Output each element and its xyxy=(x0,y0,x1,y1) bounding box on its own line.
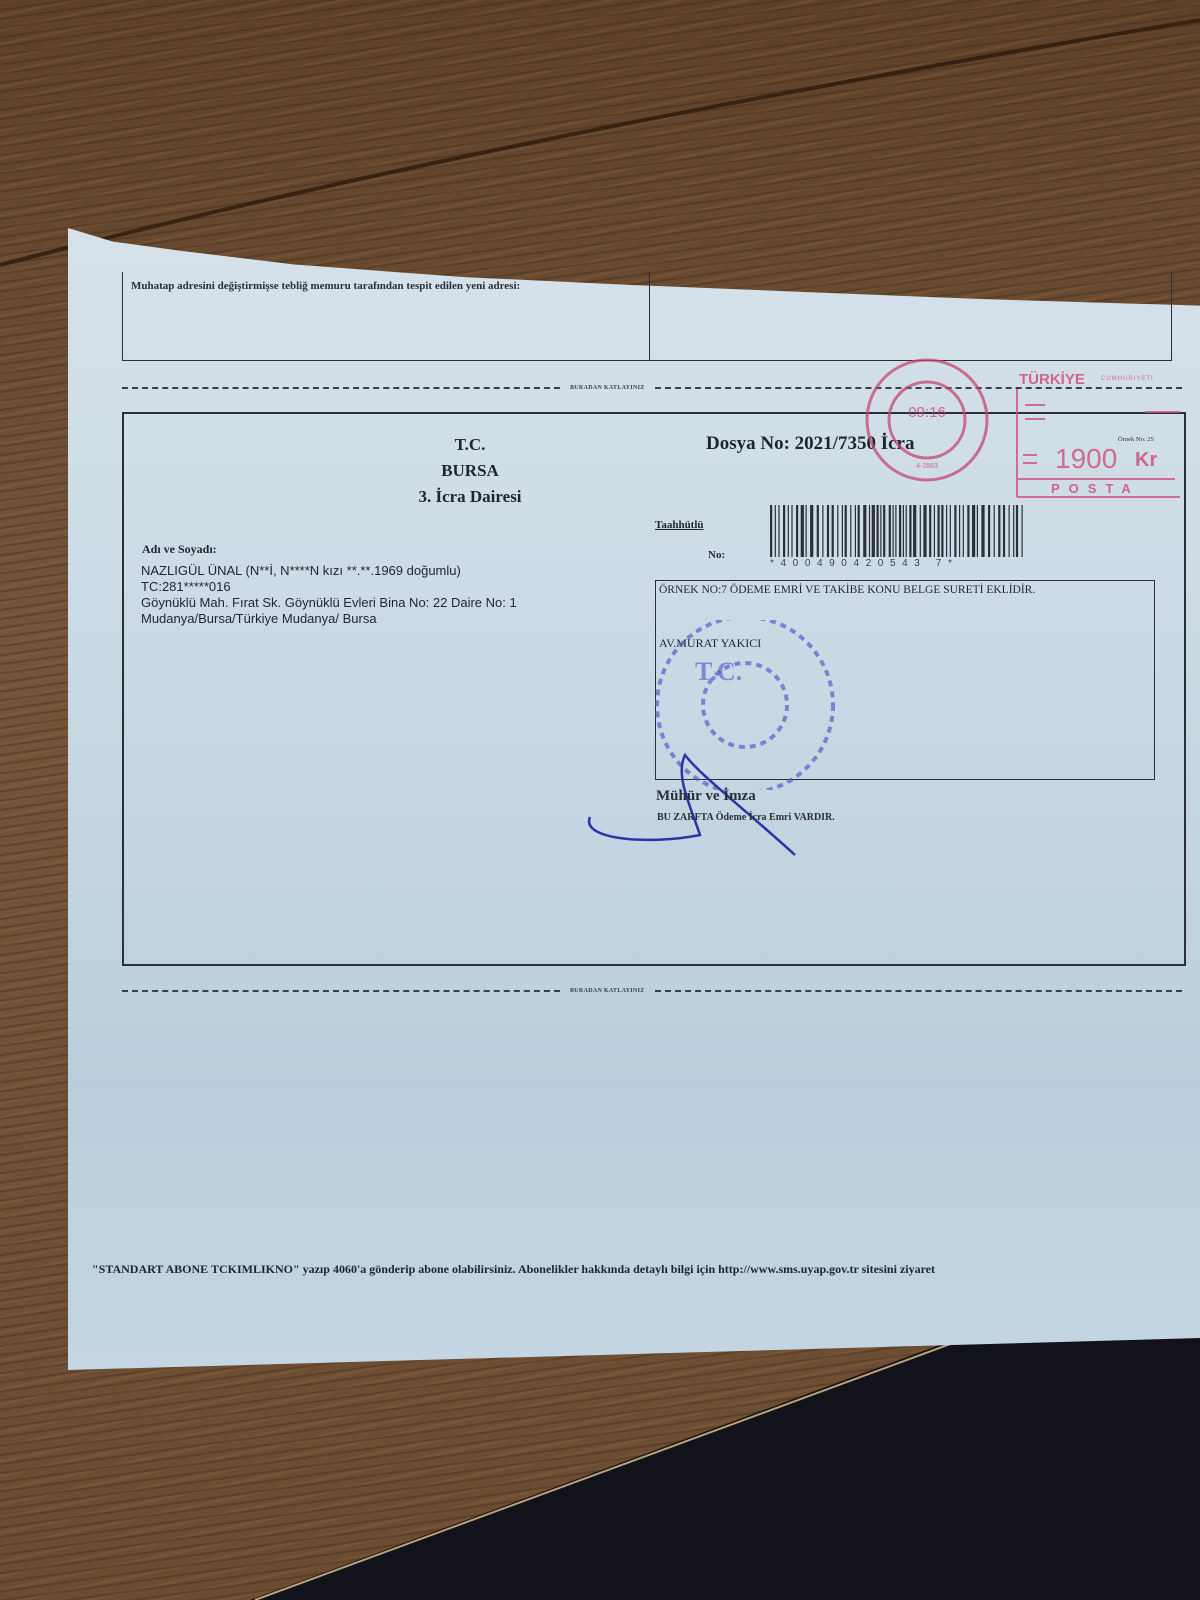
postage-form-number: Örnek No: 25 xyxy=(1118,436,1154,443)
barcode xyxy=(770,505,1028,557)
header-office: 3. İcra Dairesi xyxy=(370,484,570,510)
new-address-table: Muhatap adresini değiştirmişse tebliğ me… xyxy=(122,272,1172,361)
fold-line-bottom: BURADAN KATLAYINIZ xyxy=(122,984,1182,998)
recipient-address-1: Göynüklü Mah. Fırat Sk. Göynüklü Evleri … xyxy=(141,595,517,611)
recipient-address-2: Mudanya/Bursa/Türkiye Mudanya/ Bursa xyxy=(141,611,517,627)
signature xyxy=(580,745,810,865)
recipient-name: NAZLIGÜL ÜNAL (N**İ, N****N kızı **.**.1… xyxy=(141,563,517,579)
registered-no-label: No: xyxy=(708,549,725,561)
postage-amount: 1900 xyxy=(1055,443,1117,475)
recipient-label: Adı ve Soyadı: xyxy=(142,542,217,557)
envelope-content-note: BU ZARFTA Ödeme İcra Emri VARDIR. xyxy=(657,812,835,823)
postage-country: TÜRKİYE xyxy=(1019,371,1085,388)
barcode-number: *400490420543 7* xyxy=(770,558,1028,569)
recipient-details: NAZLIGÜL ÜNAL (N**İ, N****N kızı **.**.1… xyxy=(141,563,517,627)
svg-text:09:16: 09:16 xyxy=(908,404,946,421)
new-address-label: Muhatap adresini değiştirmişse tebliğ me… xyxy=(131,280,520,292)
court-header: T.C. BURSA 3. İcra Dairesi xyxy=(370,432,570,510)
registered-label: Taahhütlü xyxy=(655,519,704,531)
postage-unit: Kr xyxy=(1135,449,1157,472)
sms-subscription-footer: "STANDART ABONE TCKIMLIKNO" yazıp 4060'a… xyxy=(92,1262,935,1277)
postmark-stamp-icon: 09:16 4-2863 xyxy=(862,355,992,485)
fold-label: BURADAN KATLAYINIZ xyxy=(560,385,655,391)
header-tc: T.C. xyxy=(370,432,570,458)
svg-text:4-2863: 4-2863 xyxy=(916,463,938,470)
fold-label: BURADAN KATLAYINIZ xyxy=(560,988,655,994)
seal-signature-label: Mühür ve İmza xyxy=(656,788,756,805)
enclosure-note: ÖRNEK NO:7 ÖDEME EMRİ VE TAKİBE KONU BEL… xyxy=(659,584,1035,596)
svg-text:T.C.: T.C. xyxy=(695,657,742,686)
postage-meter-stamp: TÜRKİYE CUMHURİYETİ Örnek No: 25 1900 Kr… xyxy=(1015,367,1180,502)
header-city: BURSA xyxy=(370,458,570,484)
postage-subtitle: CUMHURİYETİ xyxy=(1101,376,1154,382)
postage-service: POSTA xyxy=(1051,481,1140,496)
recipient-tc: TC:281*****016 xyxy=(141,579,517,595)
